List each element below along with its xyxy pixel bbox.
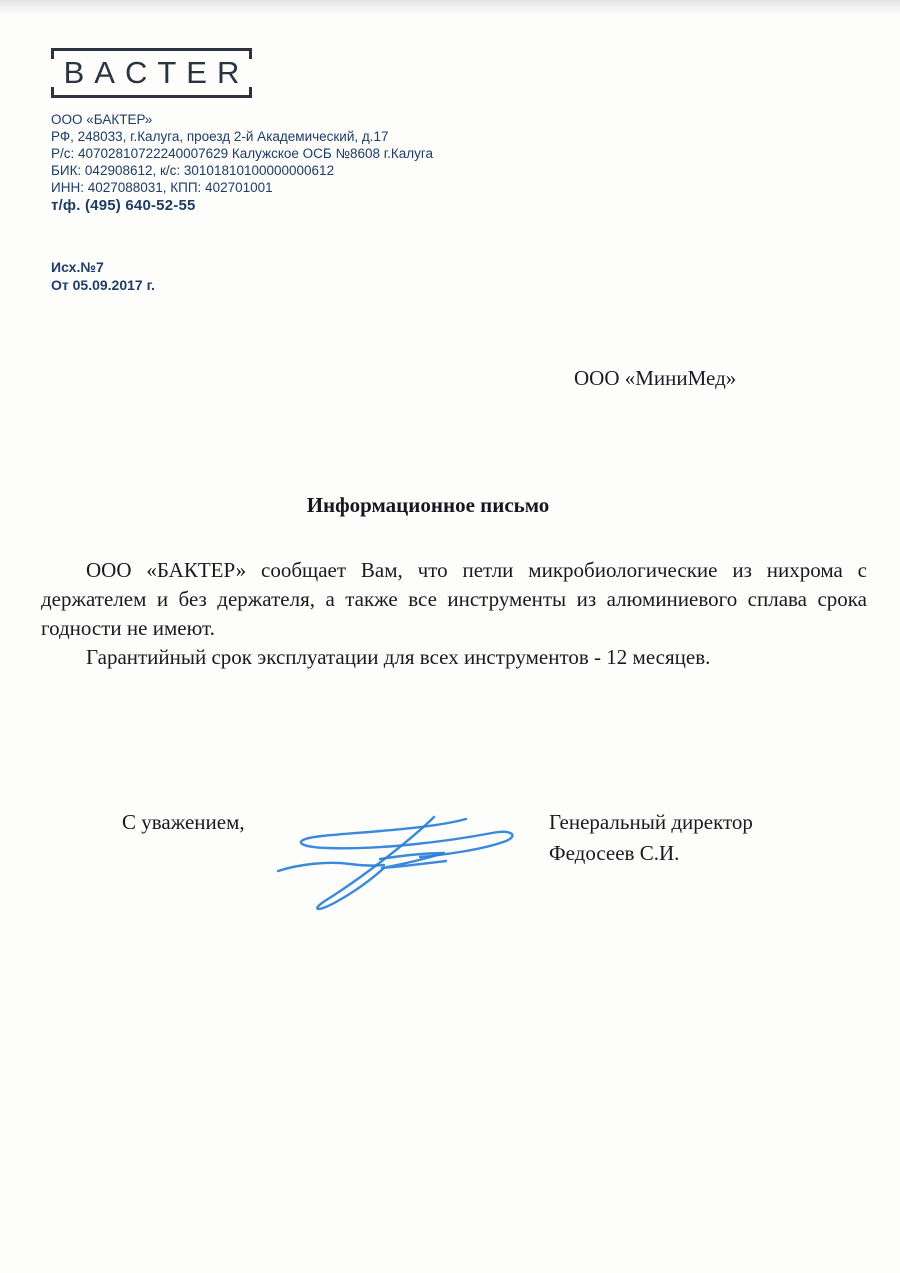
reference-date: От 05.09.2017 г. xyxy=(51,276,155,294)
company-address: РФ, 248033, г.Калуга, проезд 2-й Академи… xyxy=(51,128,433,145)
signer-position: Генеральный директор xyxy=(549,807,753,838)
company-bank-account: Р/с: 40702810722240007629 Калужское ОСБ … xyxy=(51,145,433,162)
company-details: ООО «БАКТЕР» РФ, 248033, г.Калуга, проез… xyxy=(51,111,433,214)
company-bik-ks: БИК: 042908612, к/с: 3010181010000000061… xyxy=(51,162,433,179)
company-name: ООО «БАКТЕР» xyxy=(51,111,433,128)
outgoing-reference: Исх.№7 От 05.09.2017 г. xyxy=(51,258,155,294)
scan-artifact-top xyxy=(0,0,900,14)
body-paragraph-1: ООО «БАКТЕР» сообщает Вам, что петли мик… xyxy=(41,556,867,643)
body-paragraph-2: Гарантийный срок эксплуатации для всех и… xyxy=(41,643,867,672)
logo-corner-bracket xyxy=(249,87,252,95)
letter-body: ООО «БАКТЕР» сообщает Вам, что петли мик… xyxy=(41,556,867,672)
company-phone: т/ф. (495) 640-52-55 xyxy=(51,197,433,214)
logo-corner-bracket xyxy=(249,51,252,59)
company-logo: BACTER xyxy=(51,48,252,98)
logo-corner-bracket xyxy=(51,51,54,59)
logo-corner-bracket xyxy=(51,87,54,95)
signer-name: Федосеев С.И. xyxy=(549,838,753,869)
company-inn-kpp: ИНН: 4027088031, КПП: 402701001 xyxy=(51,179,433,196)
logo-text: BACTER xyxy=(54,55,250,91)
reference-number: Исх.№7 xyxy=(51,258,155,276)
signature-scribble xyxy=(270,805,530,915)
letter-title: Информационное письмо xyxy=(0,493,856,518)
closing-salutation: С уважением, xyxy=(122,810,245,835)
signer-block: Генеральный директор Федосеев С.И. xyxy=(549,807,753,869)
letter-page: BACTER ООО «БАКТЕР» РФ, 248033, г.Калуга… xyxy=(0,0,900,1273)
recipient-name: ООО «МиниМед» xyxy=(574,366,736,391)
